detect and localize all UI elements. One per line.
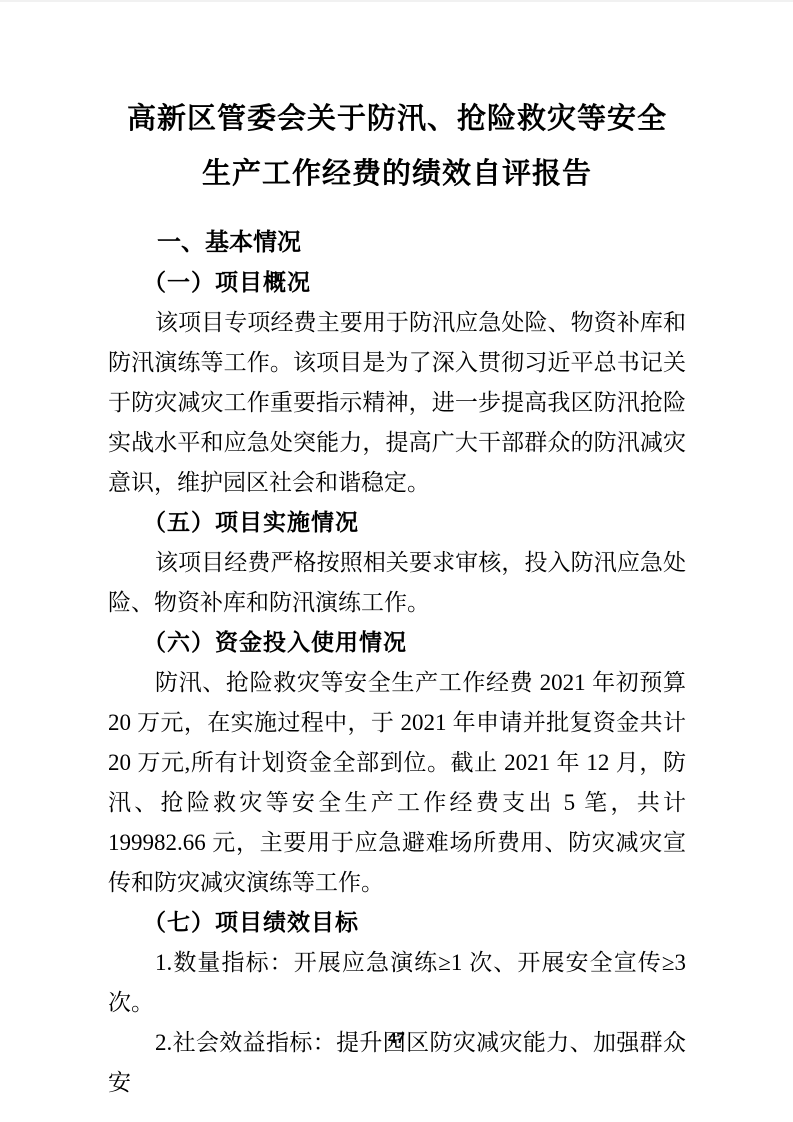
paragraph: 防汛、抢险救灾等安全生产工作经费 2021 年初预算 20 万元，在实施过程中，… [108, 663, 686, 903]
document-content: 高新区管委会关于防汛、抢险救灾等安全 生产工作经费的绩效自评报告 一、基本情况（… [108, 92, 686, 1103]
subsection-heading: （七）项目绩效目标 [143, 903, 686, 943]
paragraph: 该项目专项经费主要用于防汛应急处险、物资补库和防汛演练等工作。该项目是为了深入贯… [108, 303, 686, 503]
page-number: 47 [0, 1030, 793, 1047]
document-body: 一、基本情况（一）项目概况该项目专项经费主要用于防汛应急处险、物资补库和防汛演练… [108, 223, 686, 1103]
document-title: 高新区管委会关于防汛、抢险救灾等安全 生产工作经费的绩效自评报告 [108, 92, 686, 202]
subsection-heading: （一）项目概况 [143, 263, 686, 303]
section-heading: 一、基本情况 [157, 223, 686, 263]
title-line-2: 生产工作经费的绩效自评报告 [108, 147, 686, 202]
document-page: 高新区管委会关于防汛、抢险救灾等安全 生产工作经费的绩效自评报告 一、基本情况（… [0, 0, 793, 1122]
paragraph: 1.数量指标：开展应急演练≥1 次、开展安全宣传≥3 次。 [108, 943, 686, 1023]
paragraph: 该项目经费严格按照相关要求审核，投入防汛应急处险、物资补库和防汛演练工作。 [108, 543, 686, 623]
subsection-heading: （五）项目实施情况 [143, 503, 686, 543]
subsection-heading: （六）资金投入使用情况 [143, 623, 686, 663]
title-line-1: 高新区管委会关于防汛、抢险救灾等安全 [108, 92, 686, 147]
